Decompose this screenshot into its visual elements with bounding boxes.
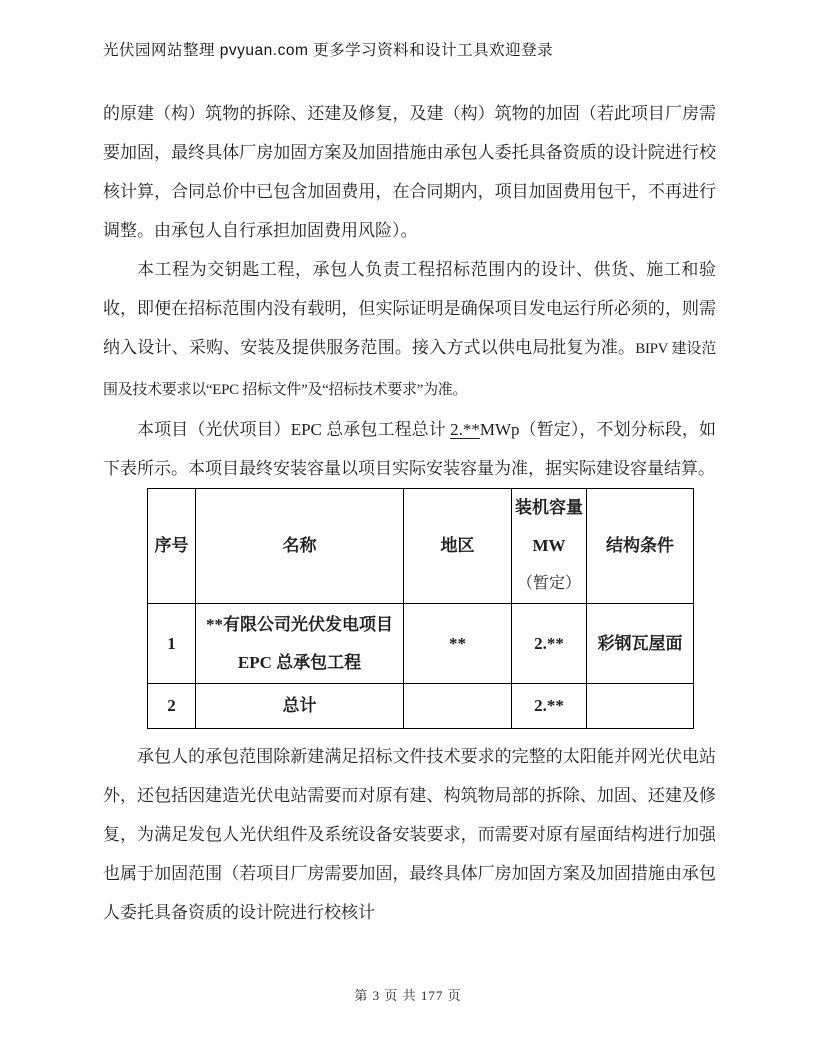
- capacity-value-underlined: 2.**: [450, 420, 480, 439]
- capacity-table: 序号 名称 地区 装机容量 MW（暂定） 结构条件 1 **有限公司光伏发电项目…: [147, 488, 694, 729]
- paragraph-2-main: 本工程为交钥匙工程，承包人负责工程招标范围内的设计、供货、施工和验收，即便在招标…: [103, 260, 716, 357]
- cell-region: [404, 684, 512, 729]
- cell-seq: 2: [148, 684, 196, 729]
- cell-region: **: [404, 604, 512, 684]
- paragraph-2: 本工程为交钥匙工程，承包人负责工程招标范围内的设计、供货、施工和验收，即便在招标…: [103, 250, 716, 410]
- table-header-capacity-note: （暂定）: [514, 565, 584, 603]
- paragraph-4: 承包人的承包范围除新建满足招标文件技术要求的完整的太阳能并网光伏电站外，还包括因…: [103, 737, 716, 932]
- page-footer: 第 3 页 共 177 页: [0, 985, 816, 1004]
- table-header-row: 序号 名称 地区 装机容量 MW（暂定） 结构条件: [148, 489, 694, 604]
- table-header-capacity-title: 装机容量 MW: [515, 498, 583, 555]
- page-header: 光伏园网站整理 pvyuan.com 更多学习资料和设计工具欢迎登录: [103, 40, 717, 62]
- table-row: 1 **有限公司光伏发电项目 EPC 总承包工程 ** 2.** 彩钢瓦屋面: [148, 604, 694, 684]
- table-header-seq: 序号: [148, 489, 196, 604]
- cell-structure: [587, 684, 694, 729]
- table-row: 2 总计 2.**: [148, 684, 694, 729]
- table-header-name: 名称: [196, 489, 404, 604]
- cell-capacity: 2.**: [512, 684, 587, 729]
- paragraph-3: 本项目（光伏项目）EPC 总承包工程总计 2.**MWp（暂定），不划分标段，如…: [103, 410, 716, 488]
- cell-structure: 彩钢瓦屋面: [587, 604, 694, 684]
- table-header-capacity: 装机容量 MW（暂定）: [512, 489, 587, 604]
- cell-seq: 1: [148, 604, 196, 684]
- header-text: 光伏园网站整理 pvyuan.com 更多学习资料和设计工具欢迎登录: [103, 42, 553, 59]
- paragraph-1: 的原建（构）筑物的拆除、还建及修复，及建（构）筑物的加固（若此项目厂房需要加固，…: [103, 94, 716, 250]
- page-number: 第 3 页 共 177 页: [354, 988, 461, 1003]
- document-body: 的原建（构）筑物的拆除、还建及修复，及建（构）筑物的加固（若此项目厂房需要加固，…: [103, 94, 716, 932]
- cell-project-name: **有限公司光伏发电项目 EPC 总承包工程: [196, 604, 404, 684]
- cell-total-label: 总计: [196, 684, 404, 729]
- paragraph-3-lead: 本项目（光伏项目）EPC 总承包工程总计: [137, 420, 450, 439]
- document-page: 光伏园网站整理 pvyuan.com 更多学习资料和设计工具欢迎登录 的原建（构…: [0, 0, 816, 1056]
- table-header-structure: 结构条件: [587, 489, 694, 604]
- cell-capacity: 2.**: [512, 604, 587, 684]
- table-header-region: 地区: [404, 489, 512, 604]
